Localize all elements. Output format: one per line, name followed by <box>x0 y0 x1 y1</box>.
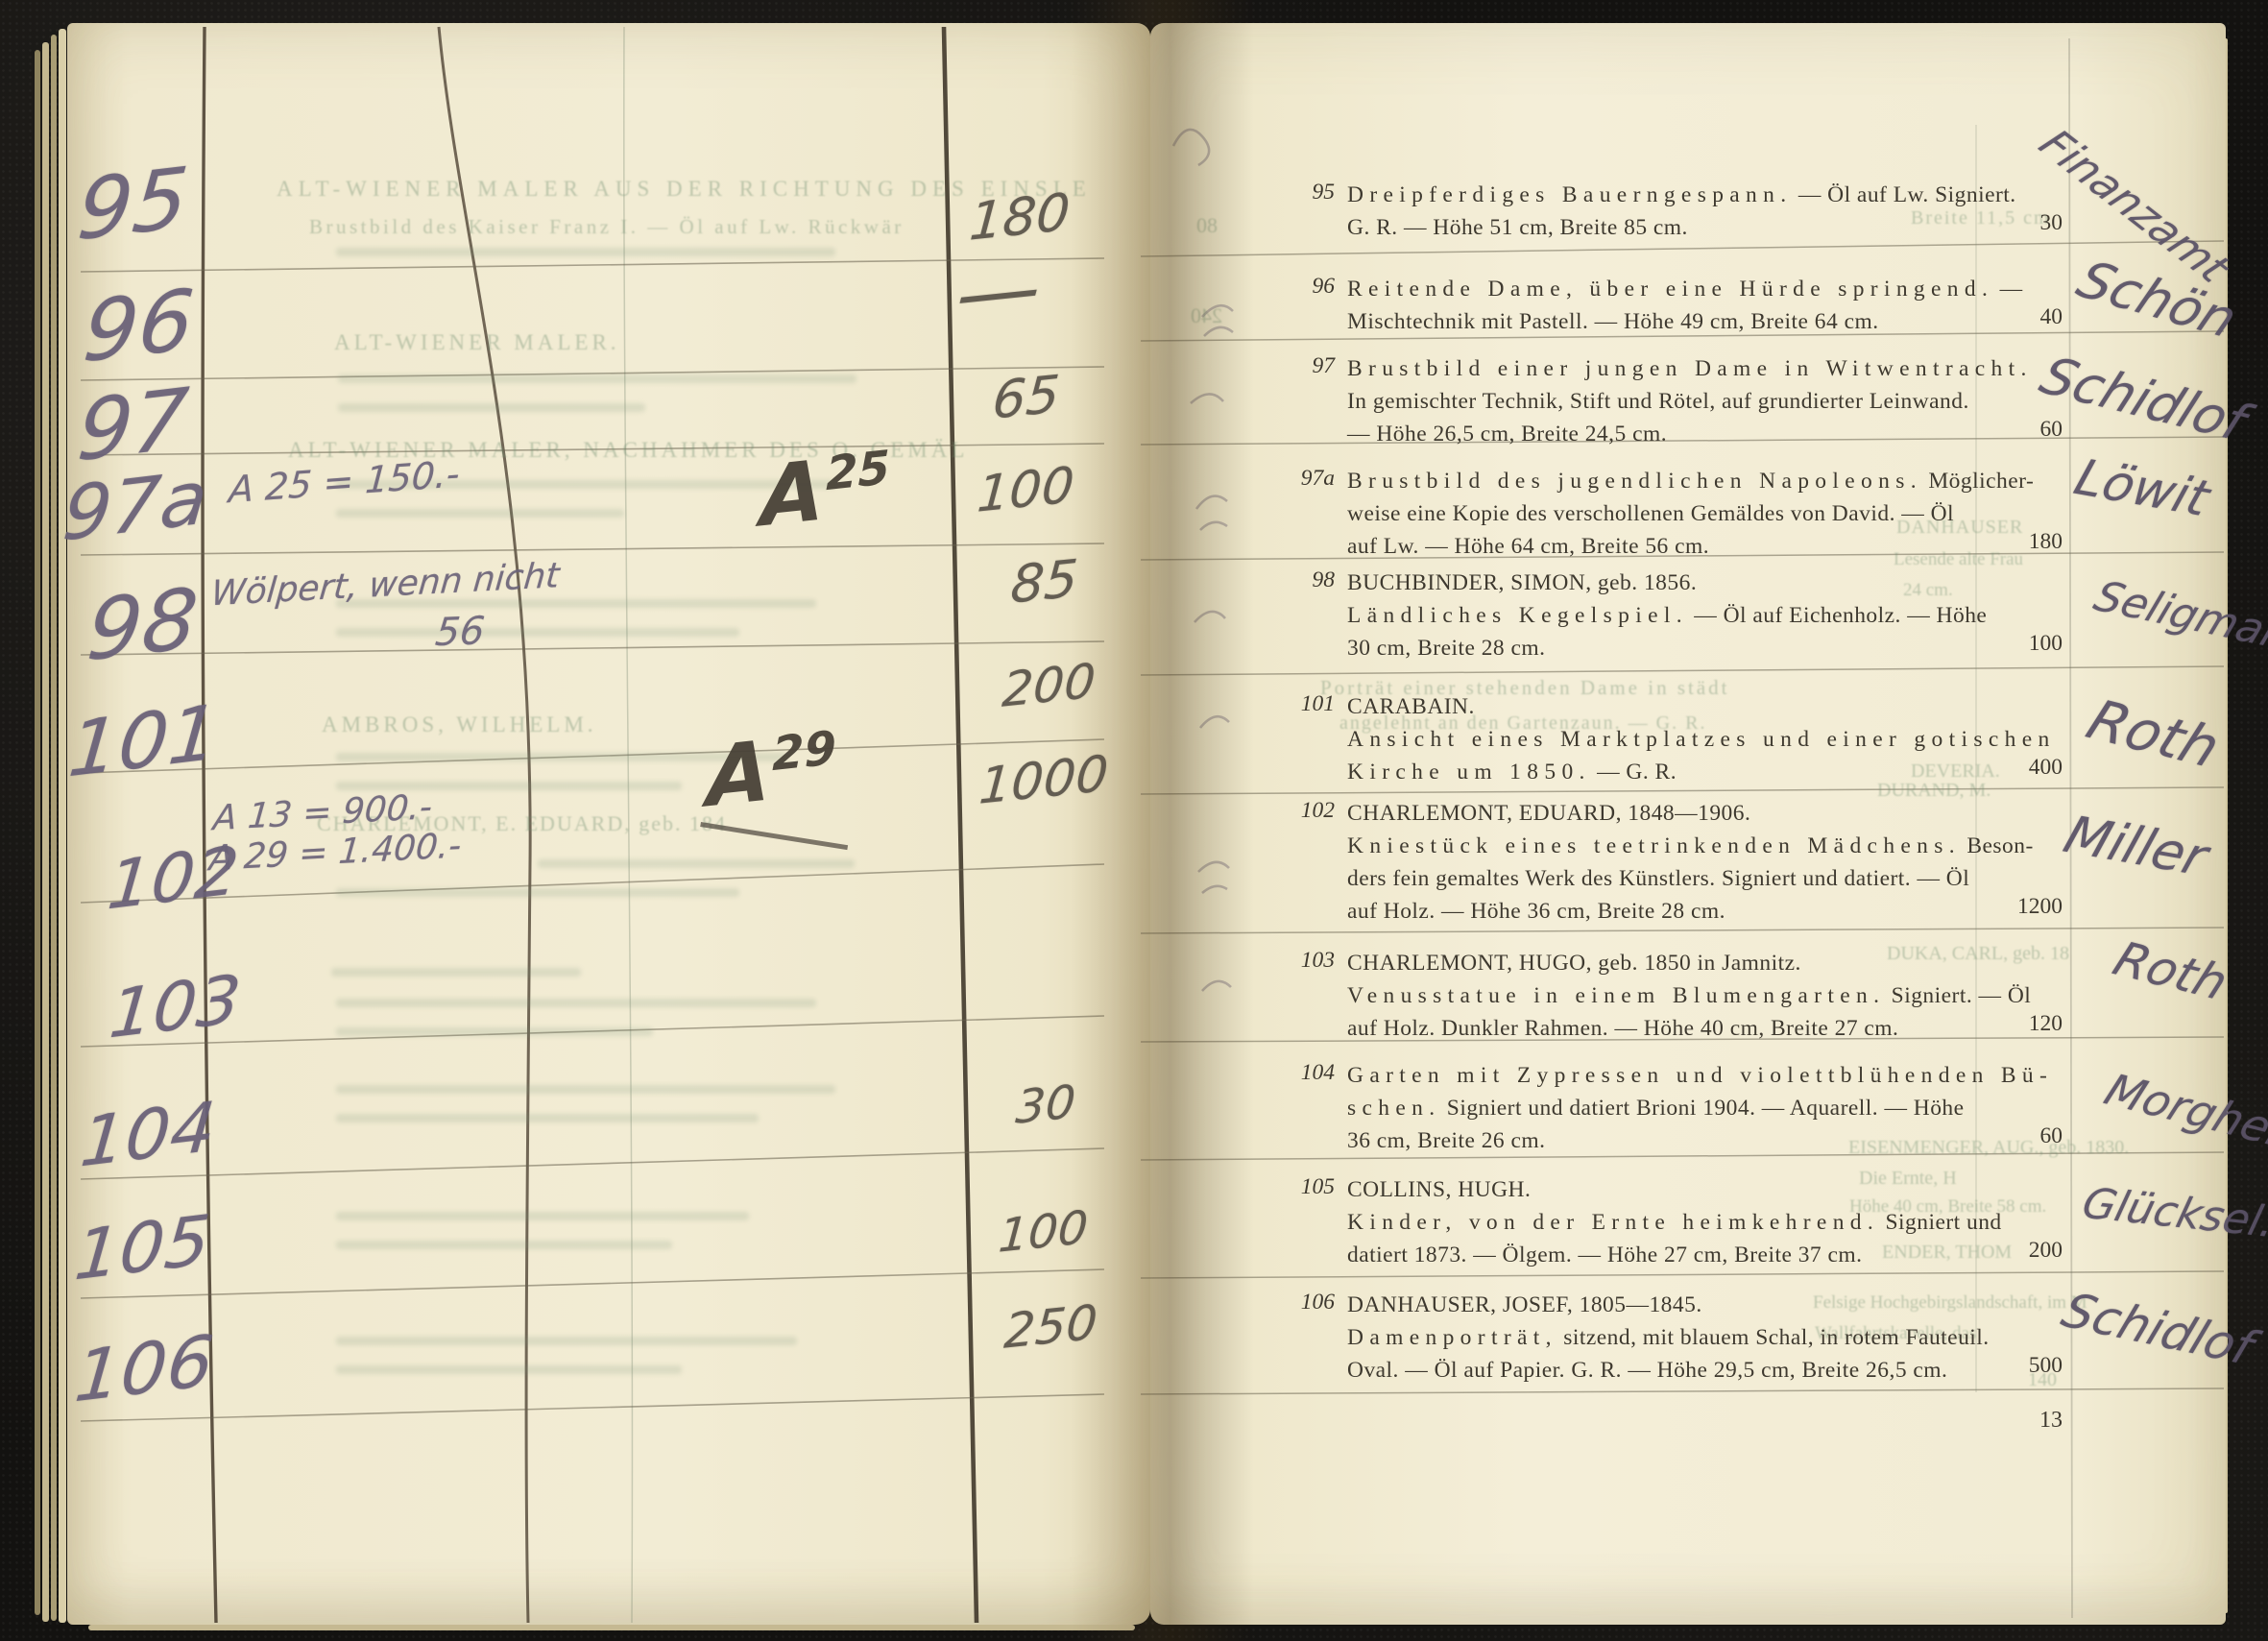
entry-text: Oval. — Öl auf Papier. G. R. — Höhe 29,5… <box>1347 1358 1947 1383</box>
catalog-entry: BUCHBINDER, SIMON, geb. 1856. Ländliches… <box>1347 567 1987 664</box>
catalog-entry: Brustbild einer jungen Dame in Witwentra… <box>1347 352 2033 450</box>
entry-title: Damenporträt, <box>1347 1325 1557 1350</box>
lot-number: 105 <box>1246 1174 1335 1200</box>
entry-title: Dreipferdiges Bauerngespann. <box>1347 182 1792 207</box>
showthrough-blur-line <box>336 509 624 518</box>
handwritten-price: 100 <box>976 457 1076 524</box>
entry-line: datiert 1873. — Ölgem. — Höhe 27 cm, Bre… <box>1347 1239 2002 1271</box>
entry-text: Möglicher- <box>1922 469 2034 494</box>
entry-title: Kniestück eines teetrinkenden Mädchens. <box>1347 833 1961 858</box>
entry-line: CARABAIN. <box>1347 690 2056 723</box>
artist-name: DANHAUSER, JOSEF, 1805—1845. <box>1347 1292 1702 1317</box>
entry-line: Reitende Dame, über eine Hürde springend… <box>1347 273 2023 305</box>
lot-number: 97a <box>1246 466 1335 492</box>
page-edge-stack <box>42 42 49 1622</box>
page-edge-stack <box>51 35 57 1621</box>
entry-line: G. R. — Höhe 51 cm, Breite 85 cm. <box>1347 211 2016 244</box>
showthrough-blur-line <box>338 374 857 383</box>
estimate-price: 200 <box>1957 1238 2063 1264</box>
entry-text: In gemischter Technik, Stift und Rötel, … <box>1347 389 1969 414</box>
entry-text: — Öl auf Eichenholz. — Höhe <box>1688 603 1987 628</box>
page-number: 13 <box>1957 1408 2063 1434</box>
entry-line: ders fein gemaltes Werk des Künstlers. S… <box>1347 862 2034 895</box>
entry-line: BUCHBINDER, SIMON, geb. 1856. <box>1347 567 1987 599</box>
showthrough-blur-line <box>336 1241 672 1249</box>
handwritten-price-dash: — <box>953 239 1044 343</box>
estimate-price: 60 <box>1957 1123 2063 1149</box>
showthrough-blur-line <box>336 888 739 897</box>
catalog-entry: CHARLEMONT, HUGO, geb. 1850 in Jamnitz. … <box>1347 947 2031 1045</box>
entry-title: Kirche um 1850. <box>1347 760 1591 784</box>
handwritten-price: 85 <box>1009 548 1080 615</box>
showthrough-blur-line <box>336 999 816 1007</box>
showthrough-text: ALT-WIENER MALER AUS DER RICHTUNG DES EI… <box>277 177 1092 202</box>
entry-line: Mischtechnik mit Pastell. — Höhe 49 cm, … <box>1347 305 2023 338</box>
estimate-price: 100 <box>1957 631 2063 657</box>
catalog-book-spread: ALT-WIENER MALER AUS DER RICHTUNG DES EI… <box>0 0 2268 1641</box>
lot-number: 97 <box>1246 353 1335 379</box>
artist-name: BUCHBINDER, SIMON, geb. 1856. <box>1347 570 1697 595</box>
showthrough-blur-line <box>336 248 835 256</box>
artist-name: CHARLEMONT, EDUARD, 1848—1906. <box>1347 801 1750 826</box>
catalog-entry: CARABAIN. Ansicht eines Marktplatzes und… <box>1347 690 2056 788</box>
entry-text: Signiert. — Öl <box>1885 983 2031 1008</box>
page-edge-stack <box>59 29 66 1623</box>
bid-mark-letter: A <box>760 443 824 546</box>
entry-line: DANHAUSER, JOSEF, 1805—1845. <box>1347 1289 1990 1321</box>
entry-text: — Öl auf Lw. Signiert. <box>1792 182 2015 207</box>
lot-number: 103 <box>1246 948 1335 974</box>
entry-title: Brustbild des jugendlichen Napoleons. <box>1347 469 1922 494</box>
entry-text: — <box>1993 277 2022 302</box>
entry-line: Brustbild einer jungen Dame in Witwentra… <box>1347 352 2033 385</box>
catalog-entry: DANHAUSER, JOSEF, 1805—1845. Damenporträ… <box>1347 1289 1990 1387</box>
estimate-price: 180 <box>1957 529 2063 555</box>
entry-line: CHARLEMONT, HUGO, geb. 1850 in Jamnitz. <box>1347 947 2031 979</box>
showthrough-text: Brustbild des Kaiser Franz I. — Öl auf L… <box>309 215 905 239</box>
entry-text: — G. R. <box>1591 760 1677 784</box>
entry-line: auf Holz. Dunkler Rahmen. — Höhe 40 cm, … <box>1347 1012 2031 1045</box>
entry-line: Garten mit Zypressen und violettblühende… <box>1347 1059 2053 1092</box>
gutter-shadow <box>1072 0 1254 1641</box>
entry-line: In gemischter Technik, Stift und Rötel, … <box>1347 385 2033 418</box>
entry-text: 36 cm, Breite 26 cm. <box>1347 1128 1546 1153</box>
estimate-price: 400 <box>1957 755 2063 781</box>
entry-text: G. R. — Höhe 51 cm, Breite 85 cm. <box>1347 215 1688 240</box>
showthrough-blur-line <box>538 859 855 868</box>
lot-number: 95 <box>1246 180 1335 205</box>
entry-title: Venusstatue in einem Blumengarten. <box>1347 983 1885 1008</box>
entry-text: Signiert und datiert Brioni 1904. — Aqua… <box>1440 1096 1964 1121</box>
entry-title: Ländliches Kegelspiel. <box>1347 603 1688 628</box>
estimate-price: 30 <box>1957 210 2063 236</box>
entry-line: Kirche um 1850. — G. R. <box>1347 756 2056 788</box>
handwritten-lot-number: 98 <box>84 568 202 680</box>
bid-mark-letter: A <box>707 723 770 827</box>
entry-title: Ansicht eines Marktplatzes und einer got… <box>1347 727 2056 752</box>
estimate-price: 60 <box>1957 417 2063 443</box>
showthrough-text: AMBROS, WILHELM. <box>322 712 597 737</box>
entry-line: 30 cm, Breite 28 cm. <box>1347 632 1987 664</box>
showthrough-blur-line <box>331 968 581 977</box>
entry-text: Beson- <box>1961 833 2034 858</box>
handwritten-bid-mark: A29 <box>707 716 836 827</box>
handwritten-price: 30 <box>1014 1075 1077 1135</box>
entry-line: Venusstatue in einem Blumengarten. Signi… <box>1347 979 2031 1012</box>
artist-name: CARABAIN. <box>1347 694 1475 719</box>
artist-name: CHARLEMONT, HUGO, geb. 1850 in Jamnitz. <box>1347 951 1801 976</box>
showthrough-text: ALT-WIENER MALER. <box>334 330 620 355</box>
handwritten-lot-number: 95 <box>74 148 192 259</box>
artist-name: COLLINS, HUGH. <box>1347 1177 1531 1202</box>
lot-number: 96 <box>1246 274 1335 300</box>
entry-line: Ansicht eines Marktplatzes und einer got… <box>1347 723 2056 756</box>
entry-title: Brustbild einer jungen Dame in Witwentra… <box>1347 356 2033 381</box>
showthrough-blur-line <box>336 1027 653 1036</box>
entry-text: auf Holz. — Höhe 36 cm, Breite 28 cm. <box>1347 899 1725 924</box>
entry-text: datiert 1873. — Ölgem. — Höhe 27 cm, Bre… <box>1347 1243 1862 1267</box>
entry-line: Kniestück eines teetrinkenden Mädchens. … <box>1347 830 2034 862</box>
entry-line: Ländliches Kegelspiel. — Öl auf Eichenho… <box>1347 599 1987 632</box>
showthrough-blur-line <box>336 1085 835 1094</box>
entry-line: auf Holz. — Höhe 36 cm, Breite 28 cm. <box>1347 895 2034 928</box>
estimate-price: 40 <box>1957 304 2063 330</box>
lot-number: 101 <box>1246 691 1335 717</box>
entry-text: sitzend, mit blauem Schal, in rotem Faut… <box>1557 1325 1990 1350</box>
entry-text: — Höhe 26,5 cm, Breite 24,5 cm. <box>1347 422 1667 446</box>
entry-title: schen. <box>1347 1096 1440 1121</box>
showthrough-blur-line <box>336 1212 749 1220</box>
catalog-entry: Dreipferdiges Bauerngespann. — Öl auf Lw… <box>1347 179 2016 244</box>
showthrough-blur-line <box>336 1337 797 1345</box>
entry-line: 36 cm, Breite 26 cm. <box>1347 1124 2053 1157</box>
entry-line: Brustbild des jugendlichen Napoleons. Mö… <box>1347 465 2034 497</box>
entry-line: Kinder, von der Ernte heimkehrend. Signi… <box>1347 1206 2002 1239</box>
estimate-price: 500 <box>1957 1353 2063 1379</box>
entry-text: weise eine Kopie des verschollenen Gemäl… <box>1347 501 1954 526</box>
bid-mark-number: 29 <box>772 721 836 782</box>
entry-line: COLLINS, HUGH. <box>1347 1173 2002 1206</box>
entry-line: Oval. — Öl auf Papier. G. R. — Höhe 29,5… <box>1347 1354 1990 1387</box>
bid-mark-number: 25 <box>826 441 890 501</box>
lot-number: 98 <box>1246 567 1335 593</box>
estimate-price: 120 <box>1957 1011 2063 1037</box>
lot-number: 106 <box>1246 1290 1335 1315</box>
catalog-entry: CHARLEMONT, EDUARD, 1848—1906. Kniestück… <box>1347 797 2034 928</box>
entry-title: Reitende Dame, über eine Hürde springend… <box>1347 277 1993 302</box>
handwritten-note: 56 <box>433 609 487 655</box>
entry-line: — Höhe 26,5 cm, Breite 24,5 cm. <box>1347 418 2033 450</box>
handwritten-bid-mark: A25 <box>760 436 890 546</box>
showthrough-blur-line <box>336 1114 759 1122</box>
handwritten-lot-number: 105 <box>72 1199 213 1295</box>
entry-text: Mischtechnik mit Pastell. — Höhe 49 cm, … <box>1347 309 1879 334</box>
showthrough-blur-line <box>338 403 645 412</box>
entry-text: ders fein gemaltes Werk des Künstlers. S… <box>1347 866 1969 891</box>
catalog-entry: Brustbild des jugendlichen Napoleons. Mö… <box>1347 465 2034 563</box>
entry-line: Damenporträt, sitzend, mit blauem Schal,… <box>1347 1321 1990 1354</box>
entry-text: Signiert und <box>1879 1210 2002 1235</box>
entry-text: auf Holz. Dunkler Rahmen. — Höhe 40 cm, … <box>1347 1016 1898 1041</box>
showthrough-blur-line <box>336 1365 682 1374</box>
lot-number: 102 <box>1246 798 1335 824</box>
entry-title: Kinder, von der Ernte heimkehrend. <box>1347 1210 1879 1235</box>
handwritten-lot-number: 97a <box>60 455 211 558</box>
entry-line: schen. Signiert und datiert Brioni 1904.… <box>1347 1092 2053 1124</box>
estimate-price: 1200 <box>1957 894 2063 920</box>
entry-title: Garten mit Zypressen und violettblühende… <box>1347 1063 2053 1088</box>
handwritten-lot-number: 103 <box>107 960 244 1054</box>
page-edge-stack <box>35 50 40 1615</box>
showthrough-blur-line <box>336 628 739 637</box>
handwritten-lot-number: 96 <box>80 270 198 381</box>
entry-line: Dreipferdiges Bauerngespann. — Öl auf Lw… <box>1347 179 2016 211</box>
entry-line: weise eine Kopie des verschollenen Gemäl… <box>1347 497 2034 530</box>
lot-number: 104 <box>1246 1060 1335 1086</box>
handwritten-price: 65 <box>991 364 1062 431</box>
page-edge-bottom <box>88 1625 1135 1630</box>
entry-text: 30 cm, Breite 28 cm. <box>1347 636 1546 661</box>
catalog-entry: Garten mit Zypressen und violettblühende… <box>1347 1059 2053 1157</box>
catalog-entry: Reitende Dame, über eine Hürde springend… <box>1347 273 2023 338</box>
handwritten-lot-number: 104 <box>78 1086 219 1182</box>
entry-line: auf Lw. — Höhe 64 cm, Breite 56 cm. <box>1347 530 2034 563</box>
entry-line: CHARLEMONT, EDUARD, 1848—1906. <box>1347 797 2034 830</box>
entry-text: auf Lw. — Höhe 64 cm, Breite 56 cm. <box>1347 534 1709 559</box>
catalog-entry: COLLINS, HUGH. Kinder, von der Ernte hei… <box>1347 1173 2002 1271</box>
